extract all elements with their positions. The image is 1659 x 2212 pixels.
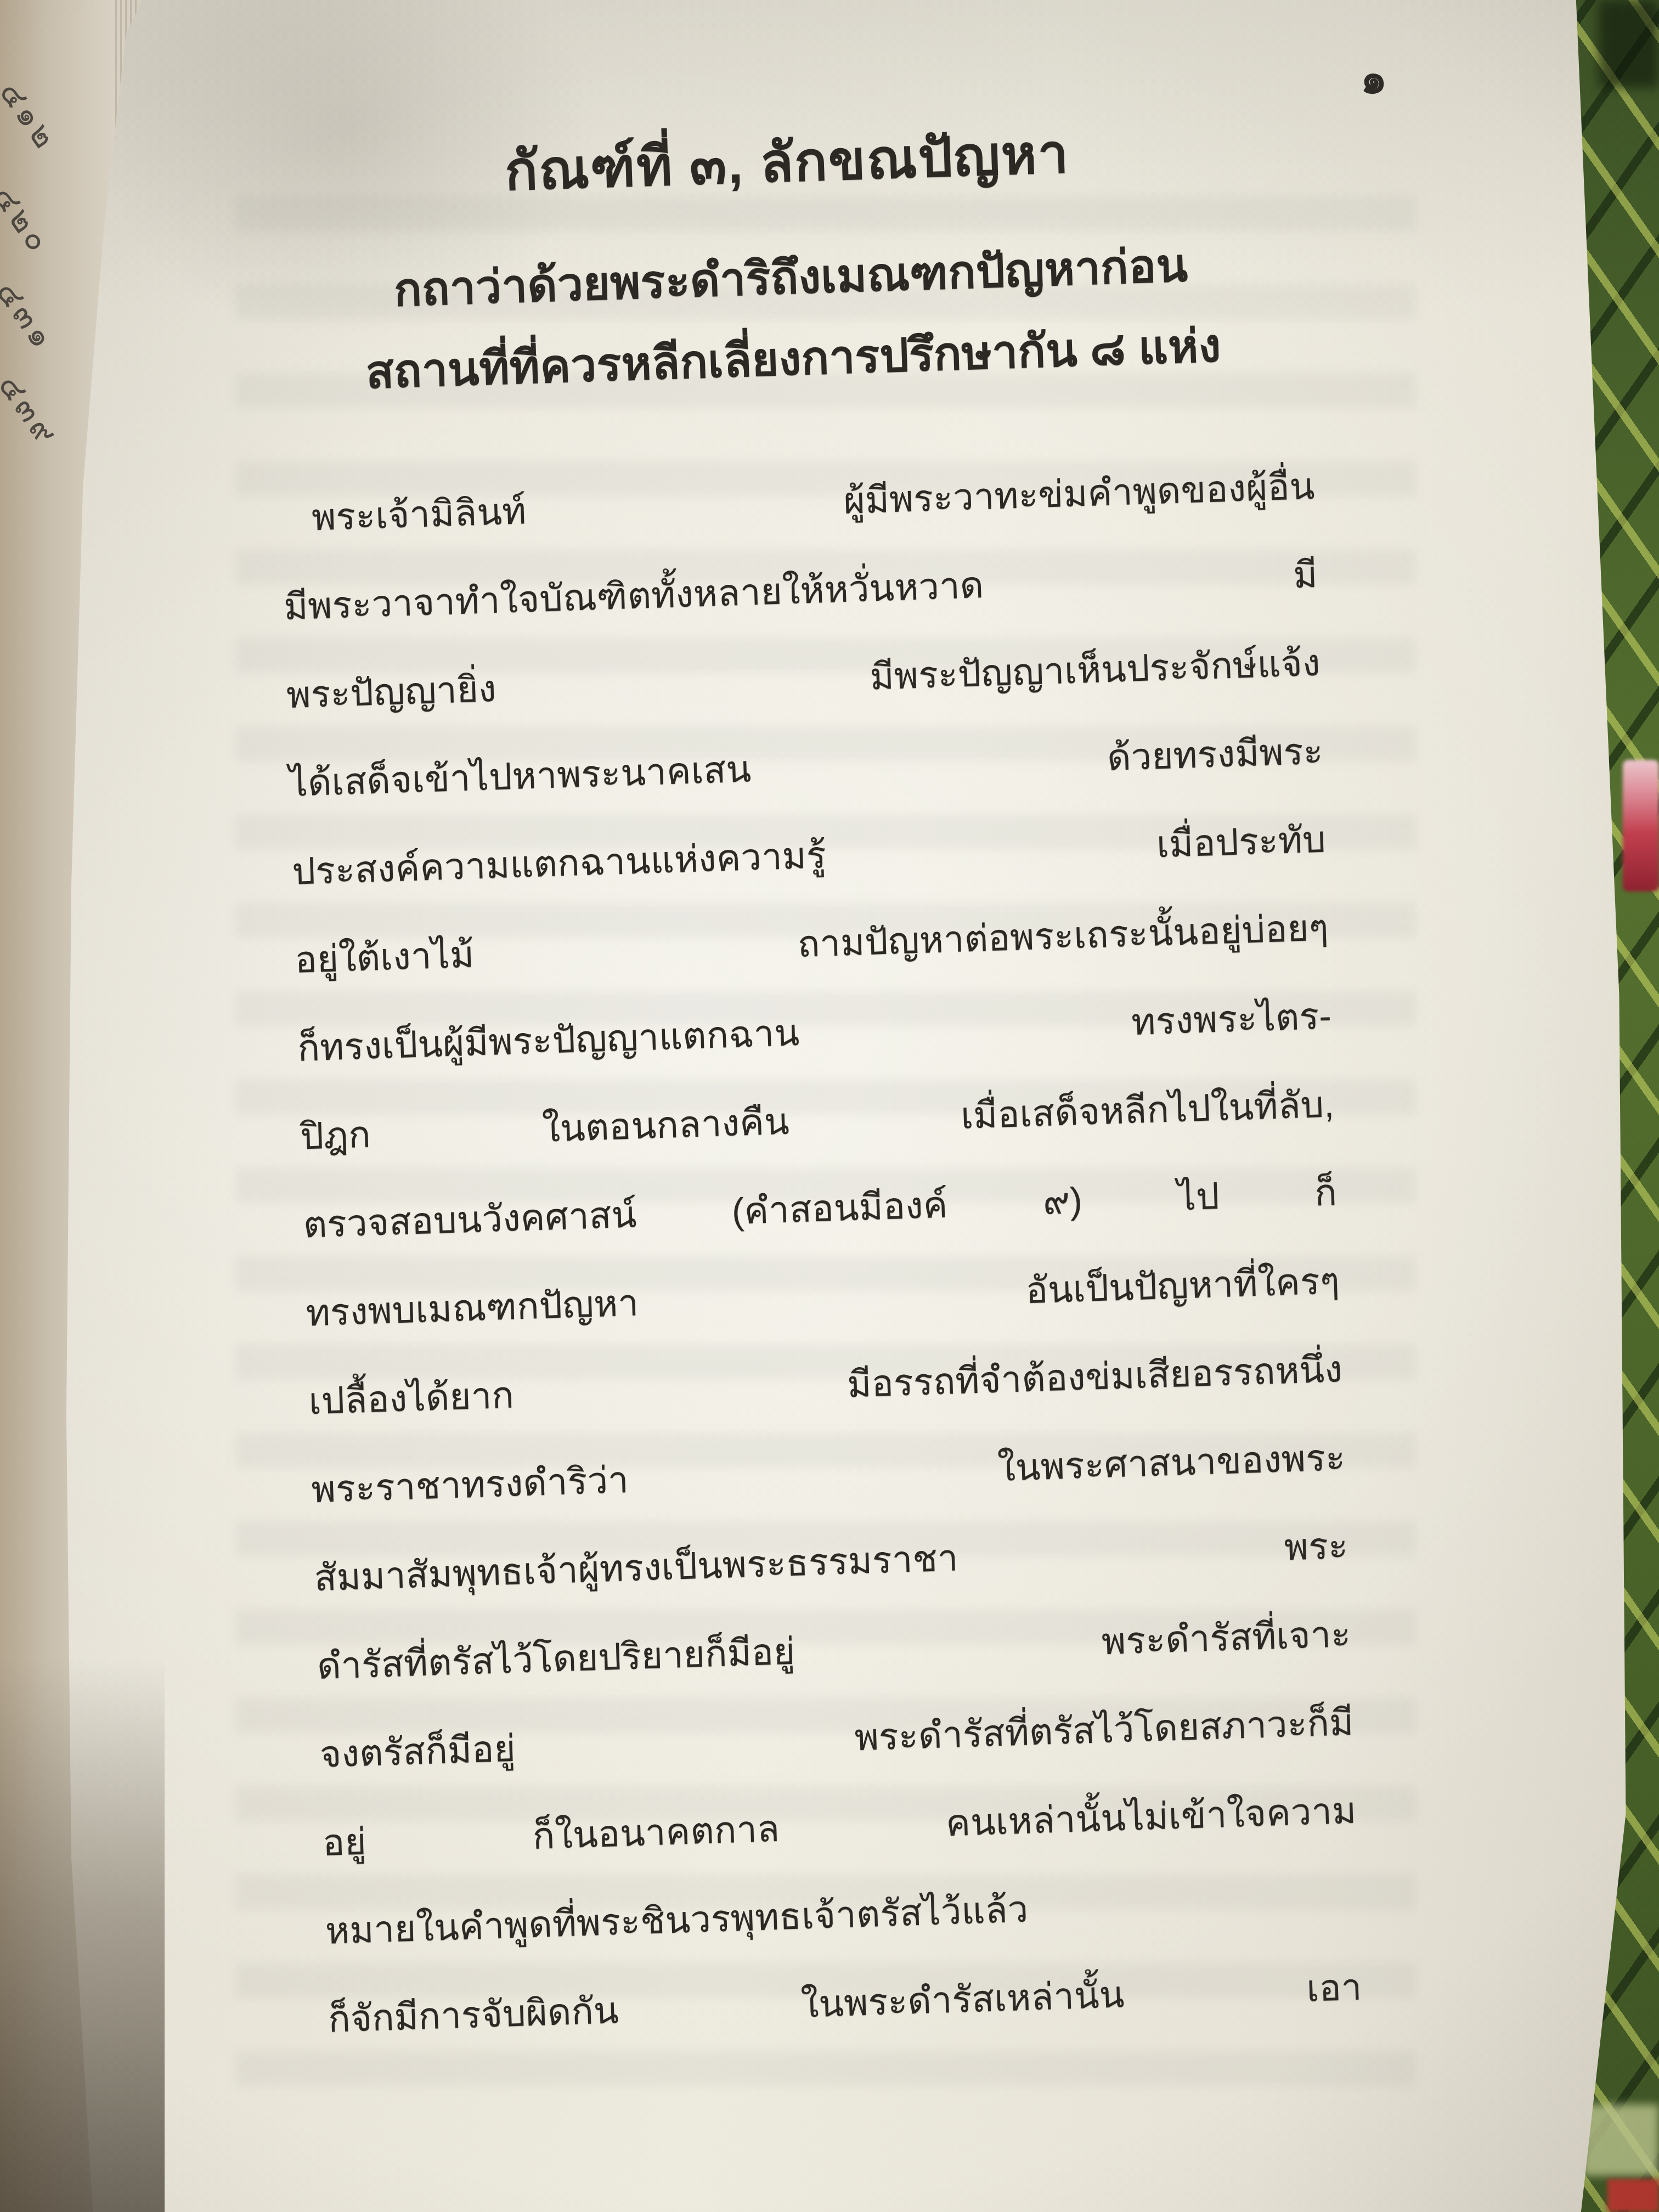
bottom-left-shadow bbox=[0, 1657, 165, 2212]
red-object-bottom-right bbox=[1607, 2179, 1659, 2212]
body-text: พระเจ้ามิลินท์ ผู้มีพระวาทะข่มคำพูดของผู… bbox=[280, 442, 1363, 2064]
object-bottom-right bbox=[1582, 2104, 1659, 2176]
photo-scene: ๔๑๒ ๔๒๐ ๔๓๑ ๔๓๙ ๑ กัณฑ์ที่ ๓, ลักขณปัญหา… bbox=[0, 0, 1659, 2212]
red-object-right-edge bbox=[1623, 760, 1659, 891]
page-content: กัณฑ์ที่ ๓, ลักขณปัญหา กถาว่าด้วยพระดำริ… bbox=[269, 102, 1363, 2063]
book-page: ๑ กัณฑ์ที่ ๓, ลักขณปัญหา กถาว่าด้วยพระดำ… bbox=[0, 0, 1659, 2212]
mat-shadow-top-right bbox=[1599, 0, 1659, 88]
page-number: ๑ bbox=[1361, 46, 1387, 112]
